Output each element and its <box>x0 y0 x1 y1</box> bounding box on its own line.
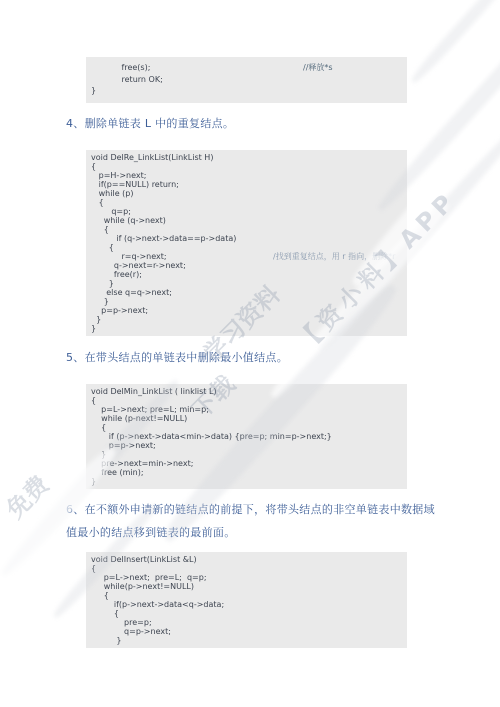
code-line: q->next=r->next; <box>91 261 407 270</box>
code-line: { <box>91 609 407 618</box>
watermark-text-free: 免费 <box>0 466 55 525</box>
code-line: while (p-next!=NULL) <box>91 414 407 423</box>
question-5-heading: 5、在带头结点的单链表中删除最小值结点。 <box>66 349 288 365</box>
code-line: { <box>91 564 407 573</box>
code-line: pre=p; <box>91 618 407 627</box>
question-6-heading: 6、在不额外申请新的链结点的前提下，将带头结点的非空单链表中数据域值最小的结点移… <box>66 498 438 544</box>
code-block-answer-6: void DelInsert(LinkList &L){ p=L->next; … <box>86 552 407 648</box>
code-line: p=L->next; pre=L; min=p; <box>91 405 407 414</box>
code-line: free (min); <box>91 468 407 477</box>
code-line: if (q->next->data==p->data) <box>91 234 407 243</box>
code-line: p=p->next; <box>91 306 407 315</box>
code-line: { <box>91 423 407 432</box>
code-line: void DelInsert(LinkList &L) <box>91 555 407 564</box>
code-line: p=L->next; pre=L; q=p; <box>91 573 407 582</box>
code-line: { <box>91 162 407 171</box>
code-line: p=H->next; <box>91 171 407 180</box>
code-line: } <box>91 324 407 333</box>
code-line: free(s);//释放*s <box>91 62 407 74</box>
code-comment: /找到重复结点，用 r 指向，删除*r <box>273 252 395 261</box>
code-line: if(p==NULL) return; <box>91 180 407 189</box>
code-line: } <box>91 279 407 288</box>
code-line: } <box>91 477 407 486</box>
code-line: } <box>91 297 407 306</box>
document-page: free(s);//释放*s return OK;} 4、删除单链表 L 中的重… <box>0 0 500 707</box>
question-4-heading: 4、删除单链表 L 中的重复结点。 <box>66 115 234 131</box>
code-block-answer-4: void DelRe_LinkList(LinkList H){ p=H->ne… <box>86 150 407 336</box>
code-comment: //释放*s <box>303 62 333 74</box>
code-line: q=p; <box>91 207 407 216</box>
code-block-answer-5: void DelMin_LinkList ( linklist L){ p=L-… <box>86 384 407 489</box>
code-line: return OK; <box>91 74 407 86</box>
code-line: while (q->next) <box>91 216 407 225</box>
code-line: { <box>91 396 407 405</box>
code-line: { <box>91 225 407 234</box>
code-line: if (p->next->data<min->data) {pre=p; min… <box>91 432 407 441</box>
code-line: } <box>91 636 407 645</box>
code-line: else q=q->next; <box>91 288 407 297</box>
watermark-streak <box>408 0 500 86</box>
code-line: { <box>91 243 407 252</box>
code-block-previous-answer-tail: free(s);//释放*s return OK;} <box>86 57 407 103</box>
code-line: if(p->next->data<q->data; <box>91 600 407 609</box>
code-line: pre->next=min->next; <box>91 459 407 468</box>
code-line: } <box>91 315 407 324</box>
code-line: while (p) <box>91 189 407 198</box>
code-line: p=p->next; <box>91 441 407 450</box>
code-line: free(r); <box>91 270 407 279</box>
code-line: r=q->next;/找到重复结点，用 r 指向，删除*r <box>91 252 407 261</box>
code-line: void DelRe_LinkList(LinkList H) <box>91 153 407 162</box>
code-line: } <box>91 450 407 459</box>
code-line: void DelMin_LinkList ( linklist L) <box>91 387 407 396</box>
code-line: q=p->next; <box>91 627 407 636</box>
code-line: } <box>91 85 407 97</box>
code-line: while(p->next!=NULL) <box>91 582 407 591</box>
code-line: { <box>91 198 407 207</box>
code-line: { <box>91 591 407 600</box>
